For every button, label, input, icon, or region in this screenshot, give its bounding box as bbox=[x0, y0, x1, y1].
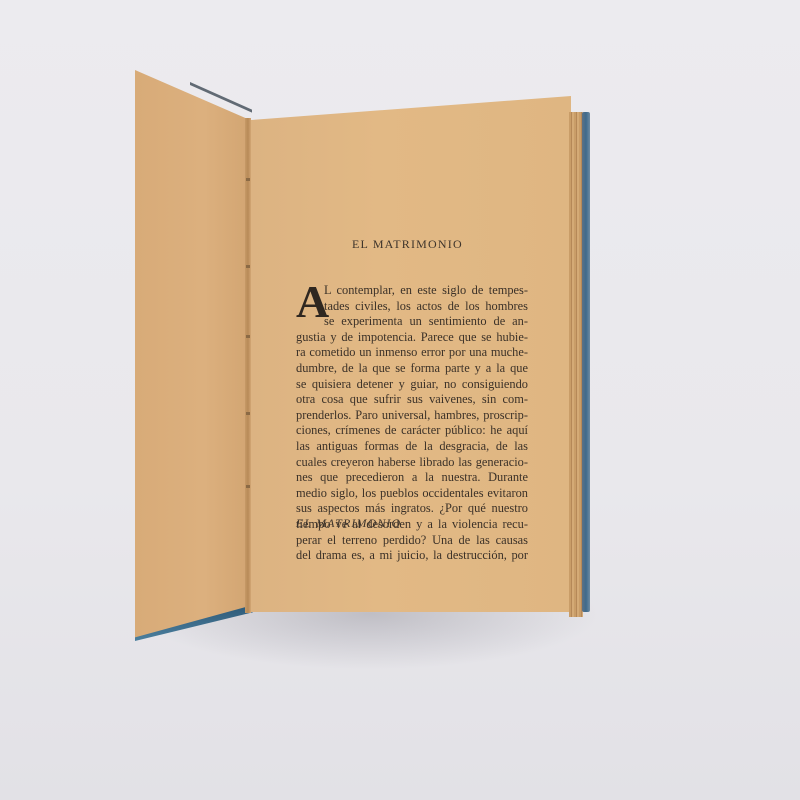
photo-scene: EL MATRIMONIO A L contemplar, en este si… bbox=[0, 0, 800, 800]
text-line: nes que precedieron a la nuestra. Durant… bbox=[296, 470, 528, 486]
book-gutter bbox=[245, 118, 251, 613]
text-line: dumbre, de la que se forma parte y a la … bbox=[296, 361, 528, 377]
page-block-edges bbox=[569, 112, 583, 617]
text-line: cuales creyeron haberse librado las gene… bbox=[296, 455, 528, 471]
text-line: ra cometido un inmenso error por una muc… bbox=[296, 345, 528, 361]
text-line: perar el terreno perdido? Una de las cau… bbox=[296, 533, 528, 549]
text-line: otra cosa que sufrir sus vaivenes, sin c… bbox=[296, 392, 528, 408]
text-line: sus aspectos más ingratos. ¿Por qué nues… bbox=[296, 501, 528, 517]
binding-stitch bbox=[246, 265, 250, 268]
left-page bbox=[135, 70, 250, 640]
text-line: medio siglo, los pueblos occidentales ev… bbox=[296, 486, 528, 502]
text-line: se experimenta un sentimiento de an- bbox=[296, 314, 528, 330]
binding-stitch bbox=[246, 335, 250, 338]
text-line: prenderlos. Paro universal, hambres, pro… bbox=[296, 408, 528, 424]
binding-stitch bbox=[246, 485, 250, 488]
text-line: se quisiera detener y guiar, no consigui… bbox=[296, 377, 528, 393]
running-footer: EL MATRIMONIO bbox=[296, 516, 401, 531]
text-line: del drama es, a mi juicio, la destrucció… bbox=[296, 548, 528, 564]
binding-stitch bbox=[246, 412, 250, 415]
book-spine-cover bbox=[582, 112, 590, 612]
text-line: L contemplar, en este siglo de tempes- bbox=[296, 283, 528, 299]
binding-stitch bbox=[246, 178, 250, 181]
text-line: ciones, crímenes de carácter público: he… bbox=[296, 423, 528, 439]
text-line: tades civiles, los actos de los hombres bbox=[296, 299, 528, 315]
text-line: gustia y de impotencia. Parece que se hu… bbox=[296, 330, 528, 346]
chapter-heading: EL MATRIMONIO bbox=[352, 237, 463, 252]
text-line: las antiguas formas de la desgracia, de … bbox=[296, 439, 528, 455]
